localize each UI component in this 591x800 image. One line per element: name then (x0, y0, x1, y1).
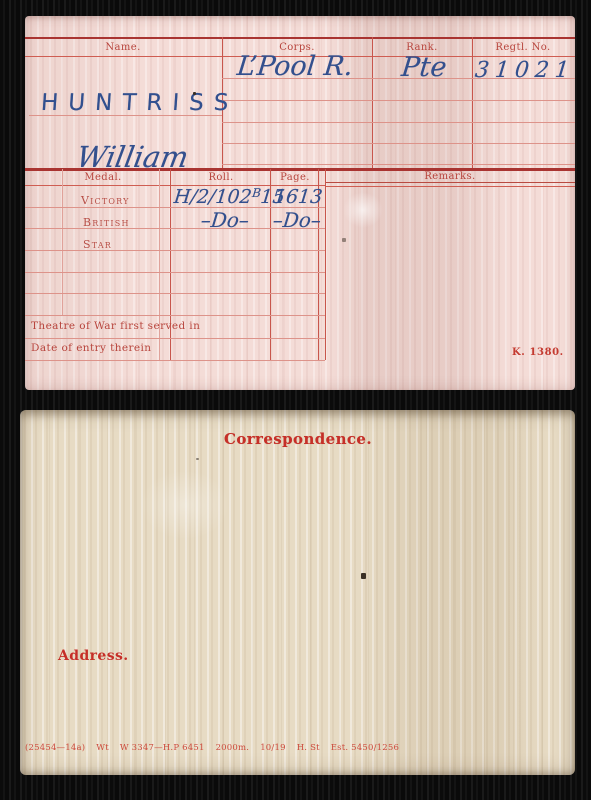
row-rule (25, 272, 325, 273)
form-number: K. 1380. (512, 347, 564, 358)
correspondence-title: Correspondence. (224, 430, 372, 448)
writing-rule (222, 100, 575, 101)
regtl-number-handwritten: 31021 (474, 58, 575, 83)
paper-speck (361, 573, 366, 579)
page-column-label: Page. (280, 172, 310, 183)
medal-row-victory: Victory (81, 194, 130, 207)
divider-corps-rank (372, 37, 373, 169)
page-edge-divider-b (325, 169, 326, 360)
medal-index-card-front: Name. Corps. Rank. Regtl. No. HUNTRISS W… (25, 16, 575, 390)
ink-speck (193, 92, 196, 95)
remarks-column-label: Remarks. (424, 171, 475, 182)
victory-page-handwritten: 1613 (273, 186, 324, 208)
divider-rank-regtl (472, 37, 473, 169)
theatre-of-war-label: Theatre of War first served in (31, 320, 200, 332)
row-rule (25, 293, 325, 294)
british-page-ditto: –Do– (272, 208, 323, 232)
imprint-part: 2000m. (216, 743, 250, 753)
paper-stain (140, 470, 230, 540)
row-rule (25, 315, 325, 316)
medal-row-british: British (83, 216, 130, 229)
victory-roll-handwritten: H/2/102B15 (173, 186, 286, 208)
surname-handwritten: HUNTRISS (40, 90, 239, 116)
paper-speck (342, 238, 346, 242)
medal-column-label: Medal. (84, 172, 121, 183)
section-rule (25, 168, 575, 171)
writing-rule (222, 164, 575, 165)
row-rule (25, 338, 325, 339)
paper-stain (343, 192, 383, 228)
imprint-part: H. St (297, 743, 320, 753)
remarks-underline-2 (325, 186, 575, 187)
row-rule (25, 360, 325, 361)
roll-column-label: Roll. (208, 172, 233, 183)
roll-main: H/2/102 (173, 186, 253, 208)
corps-handwritten: L’Pool R. (235, 51, 354, 82)
remarks-underline-1 (325, 182, 575, 183)
imprint-part: (25454—14a) (25, 743, 85, 753)
date-of-entry-label: Date of entry therein (31, 342, 151, 354)
address-label: Address. (58, 648, 129, 664)
medal-index-card-back: Correspondence. Address. (25454—14a)WtW … (20, 410, 575, 775)
medal-row-star: Star (83, 238, 112, 251)
imprint-part: Wt (96, 743, 109, 753)
imprint-part: W 3347—H.P 6451 (120, 743, 205, 753)
british-roll-ditto: –Do– (200, 208, 251, 232)
regtl-column-label: Regtl. No. (495, 42, 550, 53)
row-rule (25, 250, 325, 251)
imprint-part: Est. 5450/1256 (331, 743, 399, 753)
printer-imprint: (25454—14a)WtW 3347—H.P 64512000m.10/19H… (25, 743, 410, 753)
paper-speck (196, 458, 199, 460)
top-rule (25, 37, 575, 39)
name-column-label: Name. (105, 42, 140, 53)
writing-rule (222, 143, 575, 144)
rank-handwritten: Pte (400, 52, 448, 83)
imprint-part: 10/19 (260, 743, 286, 753)
writing-rule (222, 122, 575, 123)
